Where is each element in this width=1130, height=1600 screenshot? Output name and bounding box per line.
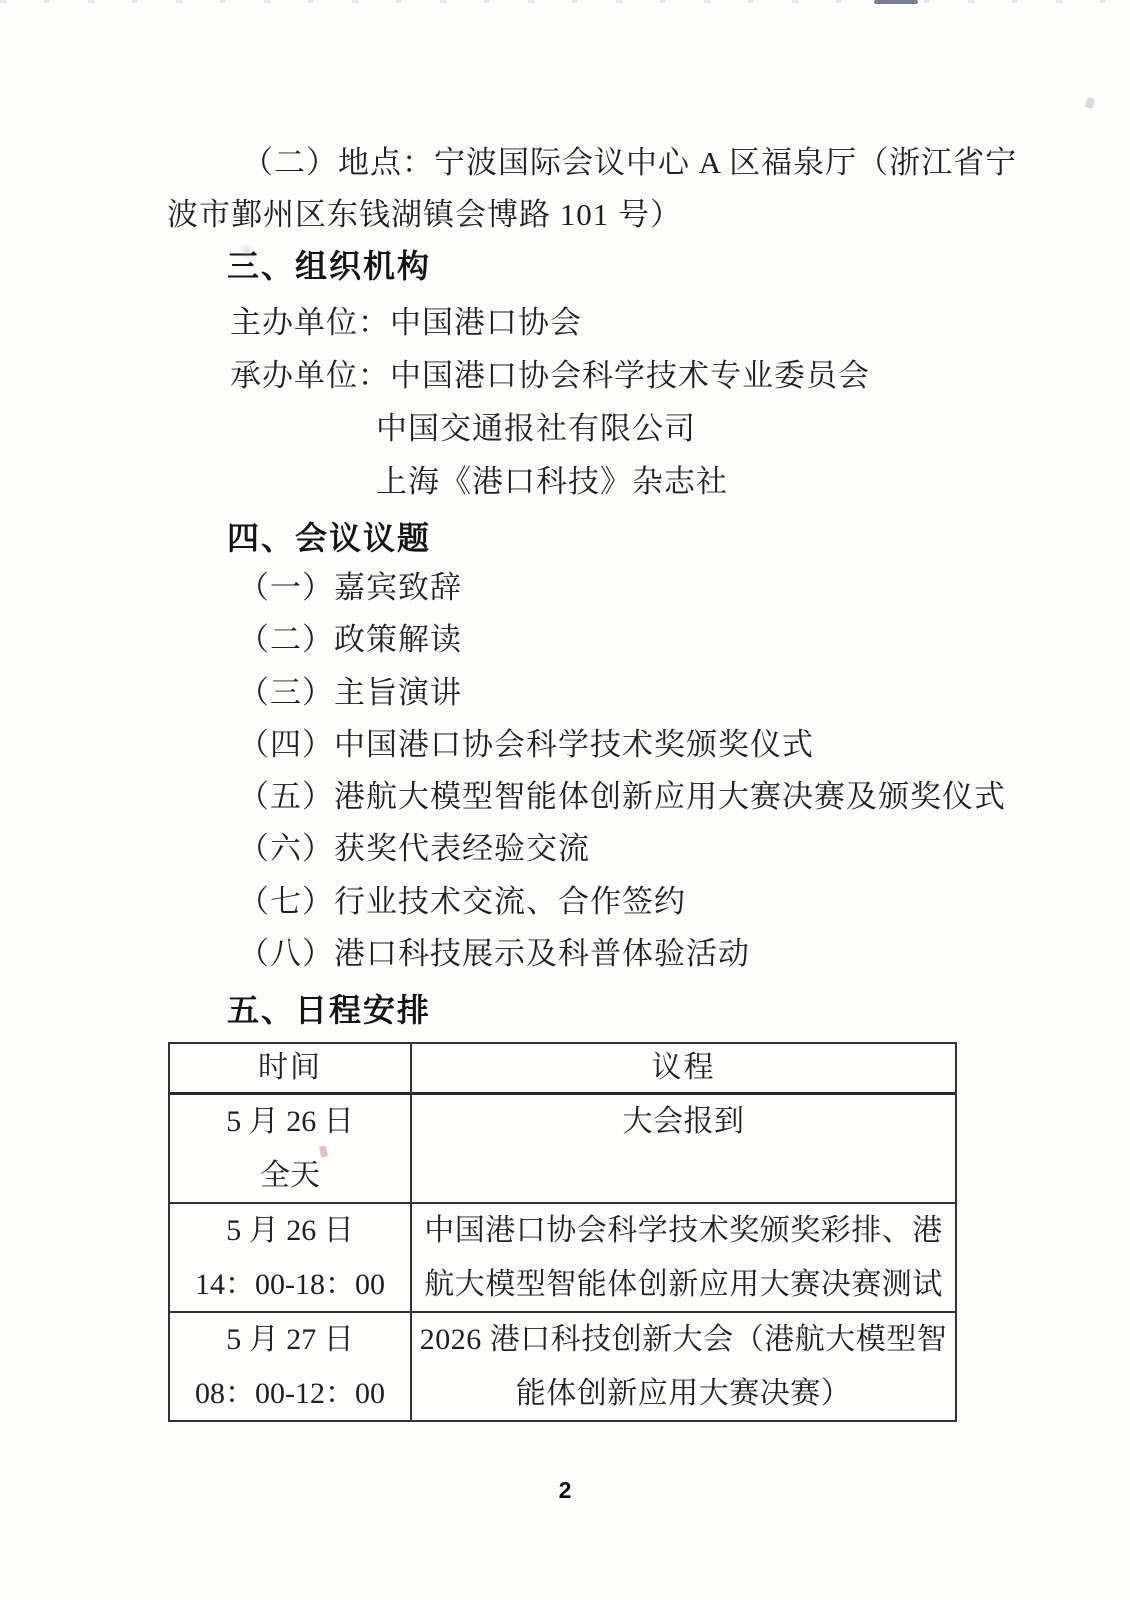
agenda-topic-item: （八）港口科技展示及科普体验活动 bbox=[238, 928, 1006, 980]
agenda-line: 2026 港口科技创新大会（港航大模型智 bbox=[420, 1313, 948, 1367]
table-row-2-agenda-cell: 中国港口协会科学技术奖颁奖彩排、港 航大模型智能体创新应用大赛决赛测试 bbox=[412, 1204, 955, 1313]
organization-block: 主办单位：中国港口协会 承办单位：中国港口协会科学技术专业委员会 中国交通报社有… bbox=[230, 296, 870, 508]
table-row-3-agenda-cell: 2026 港口科技创新大会（港航大模型智 能体创新应用大赛决赛） bbox=[412, 1313, 955, 1420]
page-number: 2 bbox=[0, 1477, 1130, 1504]
agenda-topic-item: （一）嘉宾致辞 bbox=[238, 562, 1006, 614]
agenda-line: 中国港口协会科学技术奖颁奖彩排、港 bbox=[424, 1204, 943, 1258]
host-line: 主办单位：中国港口协会 bbox=[230, 296, 870, 349]
agenda-line: 航大模型智能体创新应用大赛决赛测试 bbox=[424, 1258, 943, 1312]
section-heading-topics: 四、会议议题 bbox=[227, 518, 431, 558]
table-header-time-label: 时间 bbox=[258, 1044, 322, 1092]
organizer-line: 承办单位：中国港口协会科学技术专业委员会 bbox=[230, 349, 870, 402]
host-value: 中国港口协会 bbox=[390, 305, 582, 340]
table-row-3-time-cell: 5 月 27 日 08：00-12：00 bbox=[170, 1313, 412, 1420]
document-page: （二）地点：宁波国际会议中心 A 区福泉厅（浙江省宁 波市鄞州区东钱湖镇会博路 … bbox=[0, 0, 1130, 1600]
section-heading-organization: 三、组织机构 bbox=[227, 246, 431, 286]
agenda-topic-item: （三）主旨演讲 bbox=[238, 667, 1006, 719]
location-line: 波市鄞州区东钱湖镇会博路 101 号） bbox=[167, 189, 1037, 241]
organizer-label: 承办单位： bbox=[230, 358, 390, 393]
agenda-line: 大会报到 bbox=[623, 1095, 745, 1149]
table-row-1-time-cell: 5 月 26 日 全天 bbox=[170, 1095, 412, 1204]
agenda-topic-item: （六）获奖代表经验交流 bbox=[238, 823, 1006, 875]
table-row-2-time-cell: 5 月 26 日 14：00-18：00 bbox=[170, 1204, 412, 1313]
agenda-topic-item: （二）政策解读 bbox=[238, 614, 1006, 666]
time-line: 14：00-18：00 bbox=[195, 1258, 385, 1312]
time-line: 5 月 26 日 bbox=[226, 1095, 354, 1149]
time-line: 08：00-12：00 bbox=[195, 1367, 385, 1421]
scan-artifact-speck bbox=[1085, 97, 1096, 109]
table-row-1-agenda-cell: 大会报到 bbox=[412, 1095, 955, 1204]
section-heading-schedule: 五、日程安排 bbox=[227, 990, 431, 1030]
host-label: 主办单位： bbox=[230, 305, 390, 340]
scan-artifact-smudge bbox=[874, 0, 918, 4]
organizer-extra-line: 中国交通报社有限公司 bbox=[230, 402, 870, 455]
table-header-agenda-label: 议程 bbox=[652, 1044, 716, 1092]
agenda-topic-item: （四）中国港口协会科学技术奖颁奖仪式 bbox=[238, 719, 1006, 771]
organizer-extra-line: 上海《港口科技》杂志社 bbox=[230, 455, 870, 508]
location-paragraph: （二）地点：宁波国际会议中心 A 区福泉厅（浙江省宁 波市鄞州区东钱湖镇会博路 … bbox=[167, 137, 1037, 241]
topics-list: （一）嘉宾致辞 （二）政策解读 （三）主旨演讲 （四）中国港口协会科学技术奖颁奖… bbox=[238, 562, 1006, 980]
time-line: 全天 bbox=[260, 1149, 320, 1203]
table-header-agenda: 议程 bbox=[412, 1044, 955, 1095]
agenda-topic-item: （七）行业技术交流、合作签约 bbox=[238, 876, 1006, 928]
table-header-time: 时间 bbox=[170, 1044, 412, 1095]
organizer-value: 中国港口协会科学技术专业委员会 bbox=[390, 358, 870, 393]
scan-artifact-top-speckle bbox=[0, 0, 1130, 3]
agenda-topic-item: （五）港航大模型智能体创新应用大赛决赛及颁奖仪式 bbox=[238, 771, 1006, 823]
time-line: 5 月 27 日 bbox=[226, 1313, 354, 1367]
time-line: 5 月 26 日 bbox=[226, 1204, 354, 1258]
agenda-line: 能体创新应用大赛决赛） bbox=[516, 1367, 852, 1421]
schedule-table: 时间 议程 5 月 26 日 全天 大会报到 5 月 26 日 14：00-18… bbox=[168, 1042, 957, 1422]
location-line: （二）地点：宁波国际会议中心 A 区福泉厅（浙江省宁 bbox=[167, 137, 1037, 189]
